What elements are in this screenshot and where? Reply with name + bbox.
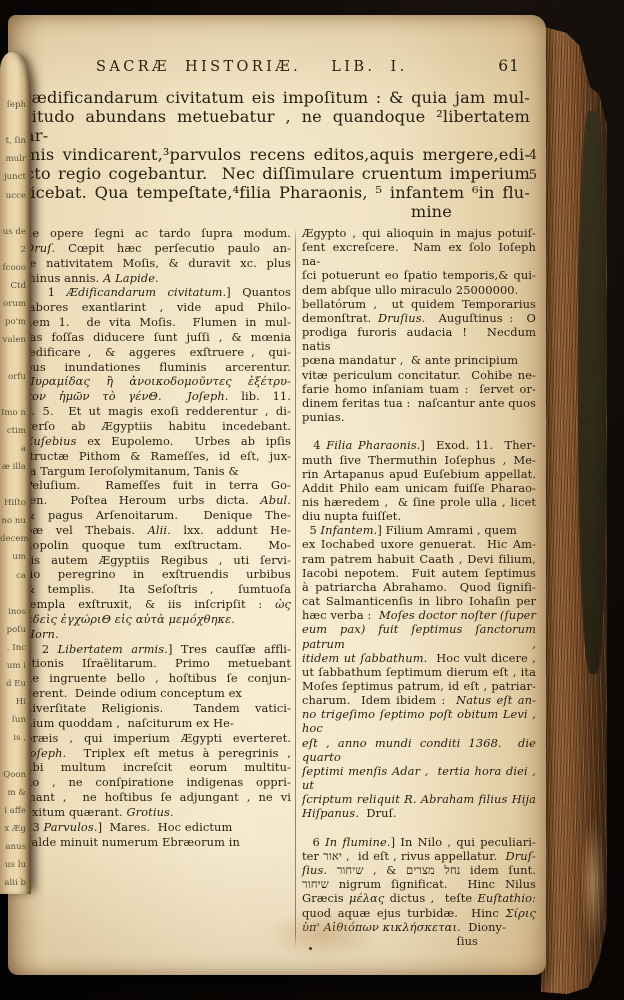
commentary-columns: de opere ſegni ac tardo ſupra modum.Druſ… [25, 226, 538, 948]
text-line: valde minuit numerum Ebræorum in [25, 835, 291, 850]
text-line: Addit Philo eam unicam fuiſſe Pharao- [302, 481, 536, 495]
text-line: 6 In flumine.] In Nilo , qui peculiari- [302, 835, 536, 849]
text-line: ¹ædificandarum civitatum eis impoſitum :… [25, 88, 530, 107]
text-line: ctim a [0, 422, 26, 458]
text-line: charum. Idem ibidem : Natus eſt an- [302, 693, 536, 707]
text-line: te nativitatem Moſis, & duravit xc. plus [25, 256, 291, 271]
text-line: do , ne conſpiratione indigenas oppri- [25, 775, 291, 790]
text-line: ris autem Ægyptiis Regibus , uti ſervi- [25, 553, 291, 568]
text-line: ſeph [0, 96, 26, 114]
text-line: ſci potuerunt eo ſpatio temporis,& qui- [302, 268, 536, 282]
text-line: orum [0, 295, 26, 313]
text-line: ſcriptum reliquit R. Abraham filius Hija [302, 792, 536, 806]
text-line: ſen. Poſtea Heroum urbs dicta. Abul. [25, 493, 291, 508]
text-line: bræis , qui imperium Ægypti everteret. [25, 731, 291, 746]
text-line: Hi ſun [0, 693, 26, 729]
text-line: d Eu [0, 675, 26, 693]
running-header: SACRÆ HISTORIÆ. LIB. I. 61 [96, 57, 520, 75]
text-line: ctionis Iſraëlitarum. Primo metuebant [25, 656, 291, 671]
text-line: exitum quærant. Grotius. [25, 805, 291, 820]
text-line: Moſes ſeptimus patrum, id eſt , patriar- [302, 679, 536, 693]
margin-mark-5: 5 [529, 166, 537, 185]
text-line: ut ſabbathum ſeptimum dierum eſt , ita [302, 665, 536, 679]
text-line: bellatórum , ut quidem Temporarius [302, 297, 536, 311]
text-line: orfu [0, 368, 26, 386]
text-line: muth ſive Thermuthin Ioſephus , Me- [302, 453, 536, 467]
text-line: nis hæredem , & ſine prole ulla , licet [302, 495, 536, 509]
text-line: m & [0, 784, 26, 802]
text-line: bus inundationes fluminis arcerentur. [25, 360, 291, 375]
text-line: templa exſtruxit, & iis inſcripſit : ὡς [25, 597, 291, 612]
text-line: Druſ. Cœpit hæc perſecutio paulo an- [25, 241, 291, 256]
text-line: 2 Libertatem armis.] Tres cauſſæ affli- [25, 642, 291, 657]
text-line: 5 Infantem.] Filium Amrami , quem [302, 523, 536, 537]
main-text-lines: ¹ædificandarum civitatum eis impoſitum :… [25, 88, 530, 221]
text-line: hæc verba : Moſes doctor noſter (ſuper [302, 608, 536, 622]
text-line: ædificare , & aggeres exſtruere , qui- [25, 345, 291, 360]
header-title: SACRÆ HISTORIÆ. LIB. I. [96, 59, 408, 75]
text-line [0, 386, 26, 404]
text-line: valen [0, 331, 26, 349]
text-line: à patriarcha Abrahamo. Quod ſignifi- [302, 580, 536, 594]
right-column: Ægypto , qui alioquin in majus potuiſ-ſe… [302, 226, 538, 948]
text-line: mant , ne hoſtibus ſe adjungant , ne vi [25, 790, 291, 805]
text-line: χον ἡμῶν τὸ γένΘ. Joſeph. lib. 11. [25, 389, 291, 404]
text-line: eum pax) fuit ſeptimus ſanctorum patrum … [302, 622, 536, 650]
text-line: liopolin quoque tum exſtructam. Mo- [25, 538, 291, 553]
text-line: . Inc [0, 639, 26, 657]
text-line: t, ſin [0, 132, 26, 150]
text-line: ram patrem habuit Caath , Devi filium, [302, 552, 536, 566]
text-line [0, 205, 26, 223]
previous-page-sliver: ſeph t, ſinmulrjunctucce us de2ſcoooCtdo… [0, 52, 31, 894]
text-line: Ctd [0, 277, 26, 295]
text-line: mulr [0, 150, 26, 168]
text-line: & pagus Arſenoitarum. Denique The- [25, 508, 291, 523]
text-line: ſeptimi menſis Adar , tertia hora diei ,… [302, 764, 536, 792]
text-line: junct [0, 168, 26, 186]
text-line: cto regio cogebantur. Nec diſſimulare cr… [25, 164, 530, 183]
text-line: nium quoddam , naſciturum ex He- [25, 716, 291, 731]
text-line: uiſe [0, 892, 26, 894]
text-line: titudo abundans metuebatur , ne quandoqu… [25, 107, 530, 145]
text-line: eſt , anno mundi conditi 1368. die quart… [302, 736, 536, 764]
text-line: Imo n [0, 404, 26, 422]
header-title-text: SACRÆ HISTORIÆ. [96, 59, 301, 75]
left-column: de opere ſegni ac tardo ſupra modum.Druſ… [25, 226, 291, 948]
text-line: demonſtrat. Druſius. Auguſtinus : O [302, 311, 536, 325]
text-line: pœna mandatur , & ante principium [302, 353, 536, 367]
fore-edge-light-patch [580, 819, 605, 945]
text-line: Iacobi nepotem. Fuit autem ſeptimus [302, 566, 536, 580]
text-line: 2 [0, 241, 26, 259]
text-line: ἀδεὶς ἐγχώριΘ εἰς αὐτὰ μεμόχθηκε. [25, 612, 291, 627]
text-line: poſu [0, 621, 26, 639]
text-line: x Æg [0, 820, 26, 838]
text-line: licebat. Qua tempeſtate,⁴filia Pharaonis… [25, 183, 530, 202]
text-line: שיחור nigrum ſignificat. Hinc Nilus [302, 877, 536, 891]
text-line: is , [0, 729, 26, 747]
text-line [0, 114, 26, 132]
text-line: cat Salmanticenſis in libro Iohaſin per [302, 594, 536, 608]
text-line [0, 476, 26, 494]
text-line: ſcooo [0, 259, 26, 277]
page-number: 61 [498, 57, 520, 75]
text-line: Horn. [25, 627, 291, 642]
text-line: tio peregrino in exſtruendis urbibus [25, 567, 291, 582]
text-line: um i [0, 657, 26, 675]
text-line: mis vindicarent,³parvulos recens editos,… [25, 145, 530, 164]
text-line: tas foſſas diducere ſunt juſſi , & mœnia [25, 330, 291, 345]
text-line: Hiſto [0, 494, 26, 512]
previous-page-text-fragments: ſeph t, ſinmulrjunctucce us de2ſcoooCtdo… [0, 78, 31, 894]
text-line: itidem ut ſabbathum. Hoc vult dicere , [302, 651, 536, 665]
text-line: um ca [0, 548, 26, 584]
text-line: æ illa [0, 458, 26, 476]
text-line: labores exantlarint , vide apud Philo- [25, 300, 291, 315]
text-line: Hiſpanus. Druſ. [302, 806, 536, 820]
text-line: vitæ periculum concitatur. Cohibe ne- [302, 368, 536, 382]
text-line: Joſeph. Triplex eſt metus à peregrinis , [25, 746, 291, 761]
text-line: Πυραμίδας ἢ ἀνοικοδομοῦντες ἐξέτρυ- [25, 374, 291, 389]
header-book-label: LIB. I. [331, 59, 407, 75]
text-line [0, 585, 26, 603]
text-line [302, 424, 536, 438]
book-fore-edge [541, 24, 607, 994]
margin-mark-4: 4 [529, 146, 537, 165]
book-photo-background: SACRÆ HISTORIÆ. LIB. I. 61 ¹ædificandaru… [0, 0, 624, 1000]
text-line: ubi multum increſcit eorum multitu- [25, 760, 291, 775]
text-line: bæ vel Thebais. Alii. lxx. addunt He- [25, 523, 291, 538]
text-line: diu nupta fuiſſet. [302, 509, 536, 523]
text-line: minus annis. A Lapide. [25, 271, 291, 286]
text-line [0, 747, 26, 765]
fore-edge-dark-patch [578, 111, 606, 674]
text-line: ter יאור , id eſt , rivus appellatur. Dr… [302, 849, 536, 863]
text-line: prodiga furoris audacia ! Necdum natis [302, 325, 536, 353]
text-line: ex Iochabed uxore genuerat. Hic Am- [302, 537, 536, 551]
text-line: anus [0, 838, 26, 856]
text-line: 4 Filia Pharaonis.] Exod. 11. Ther- [302, 438, 536, 452]
text-line: punias. [302, 410, 536, 424]
page-speck [309, 947, 312, 950]
text-line: 1 Ædificandarum civitatum.] Quantos [25, 285, 291, 300]
text-line: us de [0, 223, 26, 241]
text-line [0, 349, 26, 367]
text-line: Euſebius ex Eupolemo. Urbes ab ipſis [25, 434, 291, 449]
text-line [0, 78, 26, 96]
text-line: ucce [0, 187, 26, 205]
text-line: us lu [0, 856, 26, 874]
text-line: alii b [0, 874, 26, 892]
text-line: ne ingruente bello , hoſtibus ſe conjun- [25, 671, 291, 686]
book-page: SACRÆ HISTORIÆ. LIB. I. 61 ¹ædificandaru… [8, 15, 546, 975]
text-line: i affe [0, 802, 26, 820]
text-line: & templis. Ita Seſoſtris , ſumtuoſa [25, 582, 291, 597]
text-line: rin Artapanus apud Euſebium appellat. [302, 467, 536, 481]
text-line [302, 821, 536, 835]
text-line: dinem feritas tua : naſcantur ante quos [302, 396, 536, 410]
text-line: dem abſque ullo miraculo 25000000. [302, 283, 536, 297]
text-line: Qoon [0, 766, 26, 784]
text-line: ſtructæ Pithom & Rameſſes, id eſt, jux- [25, 449, 291, 464]
text-line: c. 5. Et ut magis exoſi redderentur , di… [25, 404, 291, 419]
text-line: ta Targum Ieroſolymitanum, Tanis & [25, 464, 291, 479]
page-stain [268, 908, 378, 960]
text-line: farie homo inſaniam tuam : ſervet or- [302, 382, 536, 396]
main-text-block: ¹ædificandarum civitatum eis impoſitum :… [25, 88, 530, 221]
text-line: ſent excreſcere. Nam ex ſolo Ioſeph na- [302, 240, 536, 268]
text-line: no nu [0, 512, 26, 530]
text-line: gerent. Deinde odium conceptum ex [25, 686, 291, 701]
text-line: ſius. נחל מצרים & , שיחור idem ſunt. [302, 863, 536, 877]
text-line: 3 Parvulos.] Mares. Hoc edictum [25, 820, 291, 835]
text-line: no trigeſimo ſeptimo poſt obitum Levi , … [302, 707, 536, 735]
text-line: po'm [0, 313, 26, 331]
text-line: Græcis μέλας dictus , teſte Euſtathio: [302, 891, 536, 905]
text-line: verſo ab Ægyptiis habitu incedebant. [25, 419, 291, 434]
text-line: Peluſium. Rameſſes fuit in terra Go- [25, 478, 291, 493]
text-line: diverſitate Religionis. Tandem vatici- [25, 701, 291, 716]
text-line: de opere ſegni ac tardo ſupra modum. [25, 226, 291, 241]
text-line: decem [0, 530, 26, 548]
text-line: inos [0, 603, 26, 621]
text-line: Ægypto , qui alioquin in majus potuiſ- [302, 226, 536, 240]
column-divider [295, 228, 296, 948]
text-line: mine [25, 202, 530, 221]
text-line: nem 1. de vita Moſis. Flumen in mul- [25, 315, 291, 330]
